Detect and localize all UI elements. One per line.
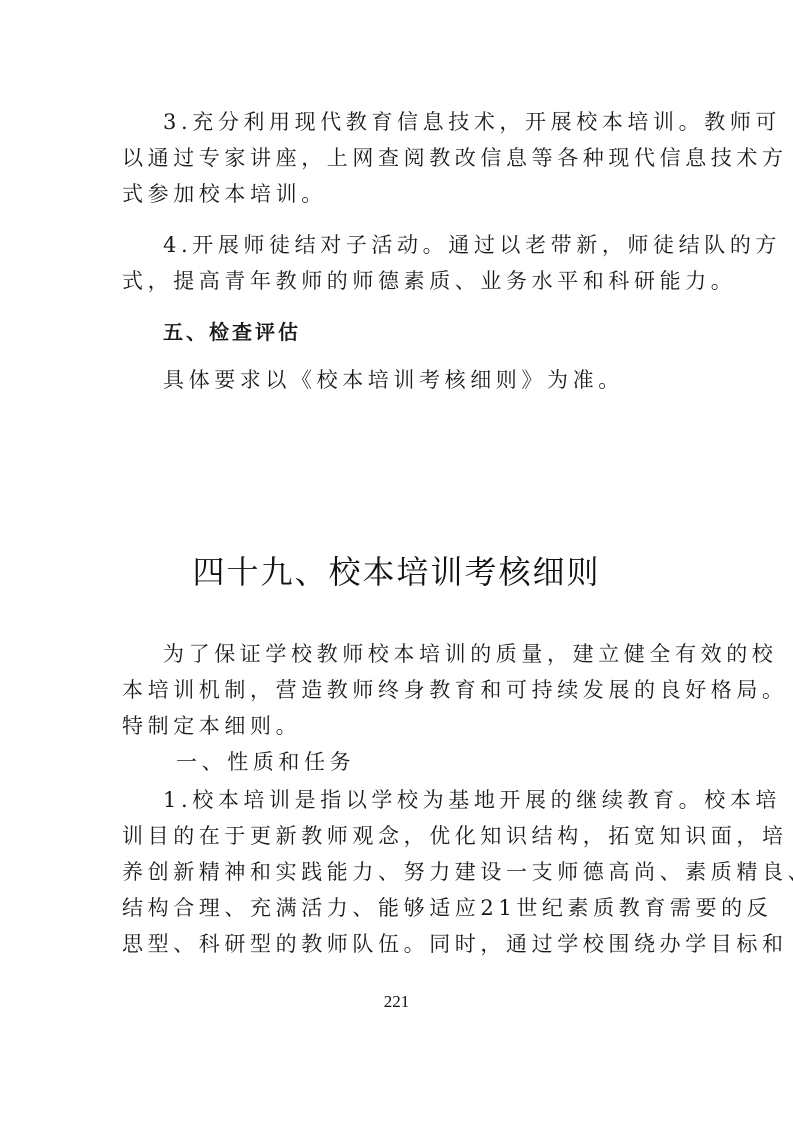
subheading-nature-and-tasks: 一、性质和任务 xyxy=(176,748,736,776)
item-1-line-3: 养创新精神和实践能力、努力建设一支师德高尚、素质精良、 xyxy=(122,858,682,886)
document-page: 3.充分利用现代教育信息技术，开展校本培训。教师可 以通过专家讲座，上网查阅教改… xyxy=(0,0,793,1122)
item-1-line-4: 结构合理、充满活力、能够适应21世纪素质教育需要的反 xyxy=(122,894,682,922)
page-number: 221 xyxy=(0,990,793,1014)
item-1-line-1: 1.校本培训是指以学校为基地开展的继续教育。校本培 xyxy=(163,786,723,814)
intro-line-3: 特制定本细则。 xyxy=(122,712,682,740)
paragraph-3-line-1: 3.充分利用现代教育信息技术，开展校本培训。教师可 xyxy=(163,108,723,136)
section-heading-body: 具体要求以《校本培训考核细则》为准。 xyxy=(163,366,723,394)
item-1-line-5: 思型、科研型的教师队伍。同时，通过学校围绕办学目标和 xyxy=(122,930,682,958)
paragraph-4-line-1: 4.开展师徒结对子活动。通过以老带新，师徒结队的方 xyxy=(163,231,723,259)
section-heading-inspection: 五、检查评估 xyxy=(163,318,723,346)
paragraph-3-line-3: 式参加校本培训。 xyxy=(122,180,682,208)
item-1-line-2: 训目的在于更新教师观念，优化知识结构，拓宽知识面，培 xyxy=(122,822,682,850)
chapter-title: 四十九、校本培训考核细则 xyxy=(0,552,793,592)
intro-line-2: 本培训机制，营造教师终身教育和可持续发展的良好格局。 xyxy=(122,676,682,704)
intro-line-1: 为了保证学校教师校本培训的质量，建立健全有效的校 xyxy=(163,640,723,668)
paragraph-3-line-2: 以通过专家讲座，上网查阅教改信息等各种现代信息技术方 xyxy=(122,144,682,172)
paragraph-4-line-2: 式，提高青年教师的师德素质、业务水平和科研能力。 xyxy=(122,267,682,295)
